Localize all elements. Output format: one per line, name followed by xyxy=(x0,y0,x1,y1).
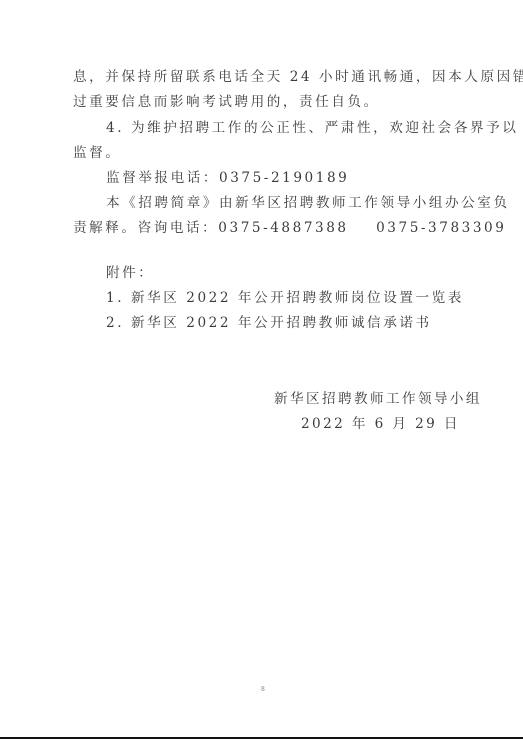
attachments-heading: 附件： xyxy=(106,264,496,282)
signature-date: 2022 年 6 月 29 日 xyxy=(301,412,460,432)
body-line-3-item-4: 4. 为维护招聘工作的公正性、严肃性，欢迎社会各界予以 xyxy=(106,119,496,137)
body-line-2: 过重要信息而影响考试聘用的，责任自负。 xyxy=(73,93,463,111)
consultation-phones: 责解释。咨询电话：0375-4887388 0375-3783309 xyxy=(73,219,463,237)
body-line-1: 息，并保持所留联系电话全天 24 小时通讯畅通，因本人原因错 xyxy=(73,68,463,86)
attachment-item-1: 1. 新华区 2022 年公开招聘教师岗位设置一览表 xyxy=(106,289,496,307)
signature-organization: 新华区招聘教师工作领导小组 xyxy=(274,387,482,407)
body-line-6: 本《招聘简章》由新华区招聘教师工作领导小组办公室负 xyxy=(106,194,496,212)
page-number: 8 xyxy=(261,686,265,693)
attachment-item-2: 2. 新华区 2022 年公开招聘教师诚信承诺书 xyxy=(106,314,496,332)
body-line-4: 监督。 xyxy=(73,144,463,162)
document-page: 息，并保持所留联系电话全天 24 小时通讯畅通，因本人原因错 过重要信息而影响考… xyxy=(0,0,523,736)
supervision-hotline: 监督举报电话：0375-2190189 xyxy=(106,169,496,187)
